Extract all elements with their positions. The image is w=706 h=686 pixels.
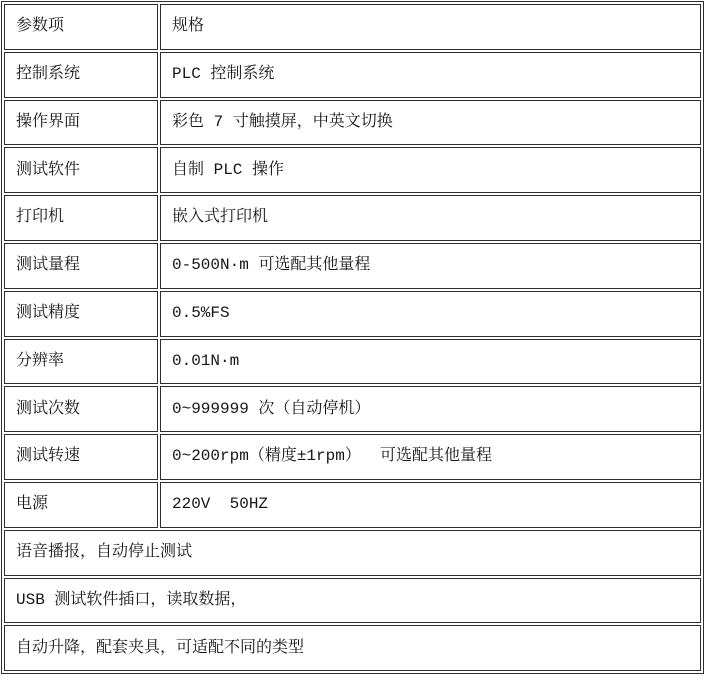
param-cell: 测试精度 [4,291,158,337]
spec-cell: 0.5%FS [160,291,701,337]
spec-cell: 220V 50HZ [160,482,701,528]
table-row: 打印机 嵌入式打印机 [4,195,701,241]
table-header-row: 参数项 规格 [4,4,701,50]
table-full-row: USB 测试软件插口，读取数据， [4,578,701,624]
table-row: 测试转速 0~200rpm（精度±1rpm） 可选配其他量程 [4,434,701,480]
table-row: 测试量程 0-500N·m 可选配其他量程 [4,243,701,289]
spec-cell: 嵌入式打印机 [160,195,701,241]
table-row: 电源 220V 50HZ [4,482,701,528]
param-cell: 测试量程 [4,243,158,289]
param-header-cell: 参数项 [4,4,158,50]
note-cell: 语音播报，自动停止测试 [4,530,701,576]
table-row: 测试精度 0.5%FS [4,291,701,337]
table-row: 测试软件 自制 PLC 操作 [4,147,701,193]
spec-cell: 0.01N·m [160,339,701,385]
param-cell: 打印机 [4,195,158,241]
table-row: 控制系统 PLC 控制系统 [4,52,701,98]
spec-cell: 彩色 7 寸触摸屏，中英文切换 [160,100,701,146]
table-row: 操作界面 彩色 7 寸触摸屏，中英文切换 [4,100,701,146]
param-cell: 测试次数 [4,386,158,432]
spec-table: 参数项 规格 控制系统 PLC 控制系统 操作界面 彩色 7 寸触摸屏，中英文切… [1,1,704,674]
table-row: 分辨率 0.01N·m [4,339,701,385]
note-cell: USB 测试软件插口，读取数据， [4,578,701,624]
spec-cell: 0-500N·m 可选配其他量程 [160,243,701,289]
param-cell: 分辨率 [4,339,158,385]
param-cell: 测试转速 [4,434,158,480]
param-cell: 电源 [4,482,158,528]
param-cell: 测试软件 [4,147,158,193]
param-cell: 控制系统 [4,52,158,98]
param-cell: 操作界面 [4,100,158,146]
spec-header-cell: 规格 [160,4,701,50]
spec-cell: 自制 PLC 操作 [160,147,701,193]
note-cell: 自动升降，配套夹具，可适配不同的类型 [4,625,701,671]
table-row: 测试次数 0~999999 次（自动停机） [4,386,701,432]
spec-cell: 0~999999 次（自动停机） [160,386,701,432]
spec-cell: 0~200rpm（精度±1rpm） 可选配其他量程 [160,434,701,480]
table-full-row: 自动升降，配套夹具，可适配不同的类型 [4,625,701,671]
spec-cell: PLC 控制系统 [160,52,701,98]
table-full-row: 语音播报，自动停止测试 [4,530,701,576]
